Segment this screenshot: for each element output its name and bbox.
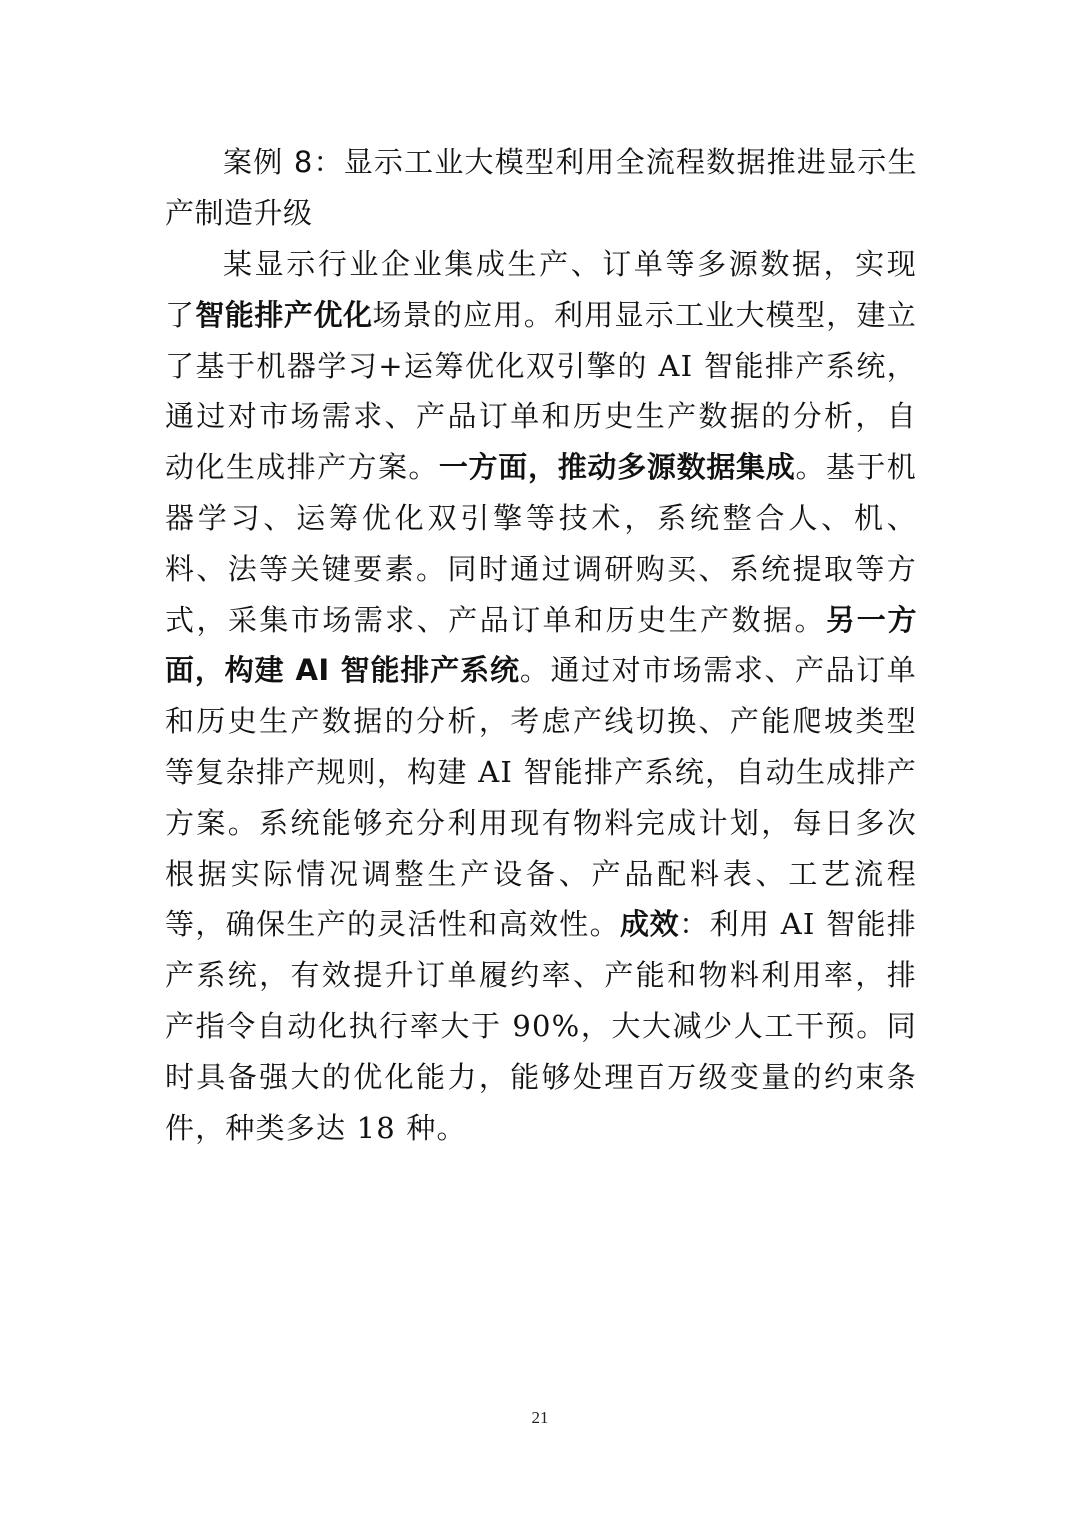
case-heading: 案例 8：显示工业大模型利用全流程数据推进显示生产制造升级 — [165, 137, 917, 239]
page-number: 21 — [0, 1408, 1080, 1428]
text-run: ：利用 AI 智能排产系统，有效提升订单履约率、产能和物料利用率，排产指令自动化… — [165, 907, 917, 1144]
emphasis-smart-scheduling: 智能排产优化 — [195, 298, 372, 332]
document-page: 案例 8：显示工业大模型利用全流程数据推进显示生产制造升级 某显示行业企业集成生… — [0, 0, 1080, 1527]
emphasis-data-integration: 一方面，推动多源数据集成 — [439, 450, 796, 484]
case-body-paragraph: 某显示行业企业集成生产、订单等多源数据，实现了智能排产优化场景的应用。利用显示工… — [165, 239, 917, 1153]
emphasis-results: 成效 — [620, 907, 679, 941]
page-content: 案例 8：显示工业大模型利用全流程数据推进显示生产制造升级 某显示行业企业集成生… — [165, 137, 917, 1153]
text-run: 。通过对市场需求、产品订单和历史生产数据的分析，考虑产线切换、产能爬坡类型等复杂… — [165, 653, 917, 941]
